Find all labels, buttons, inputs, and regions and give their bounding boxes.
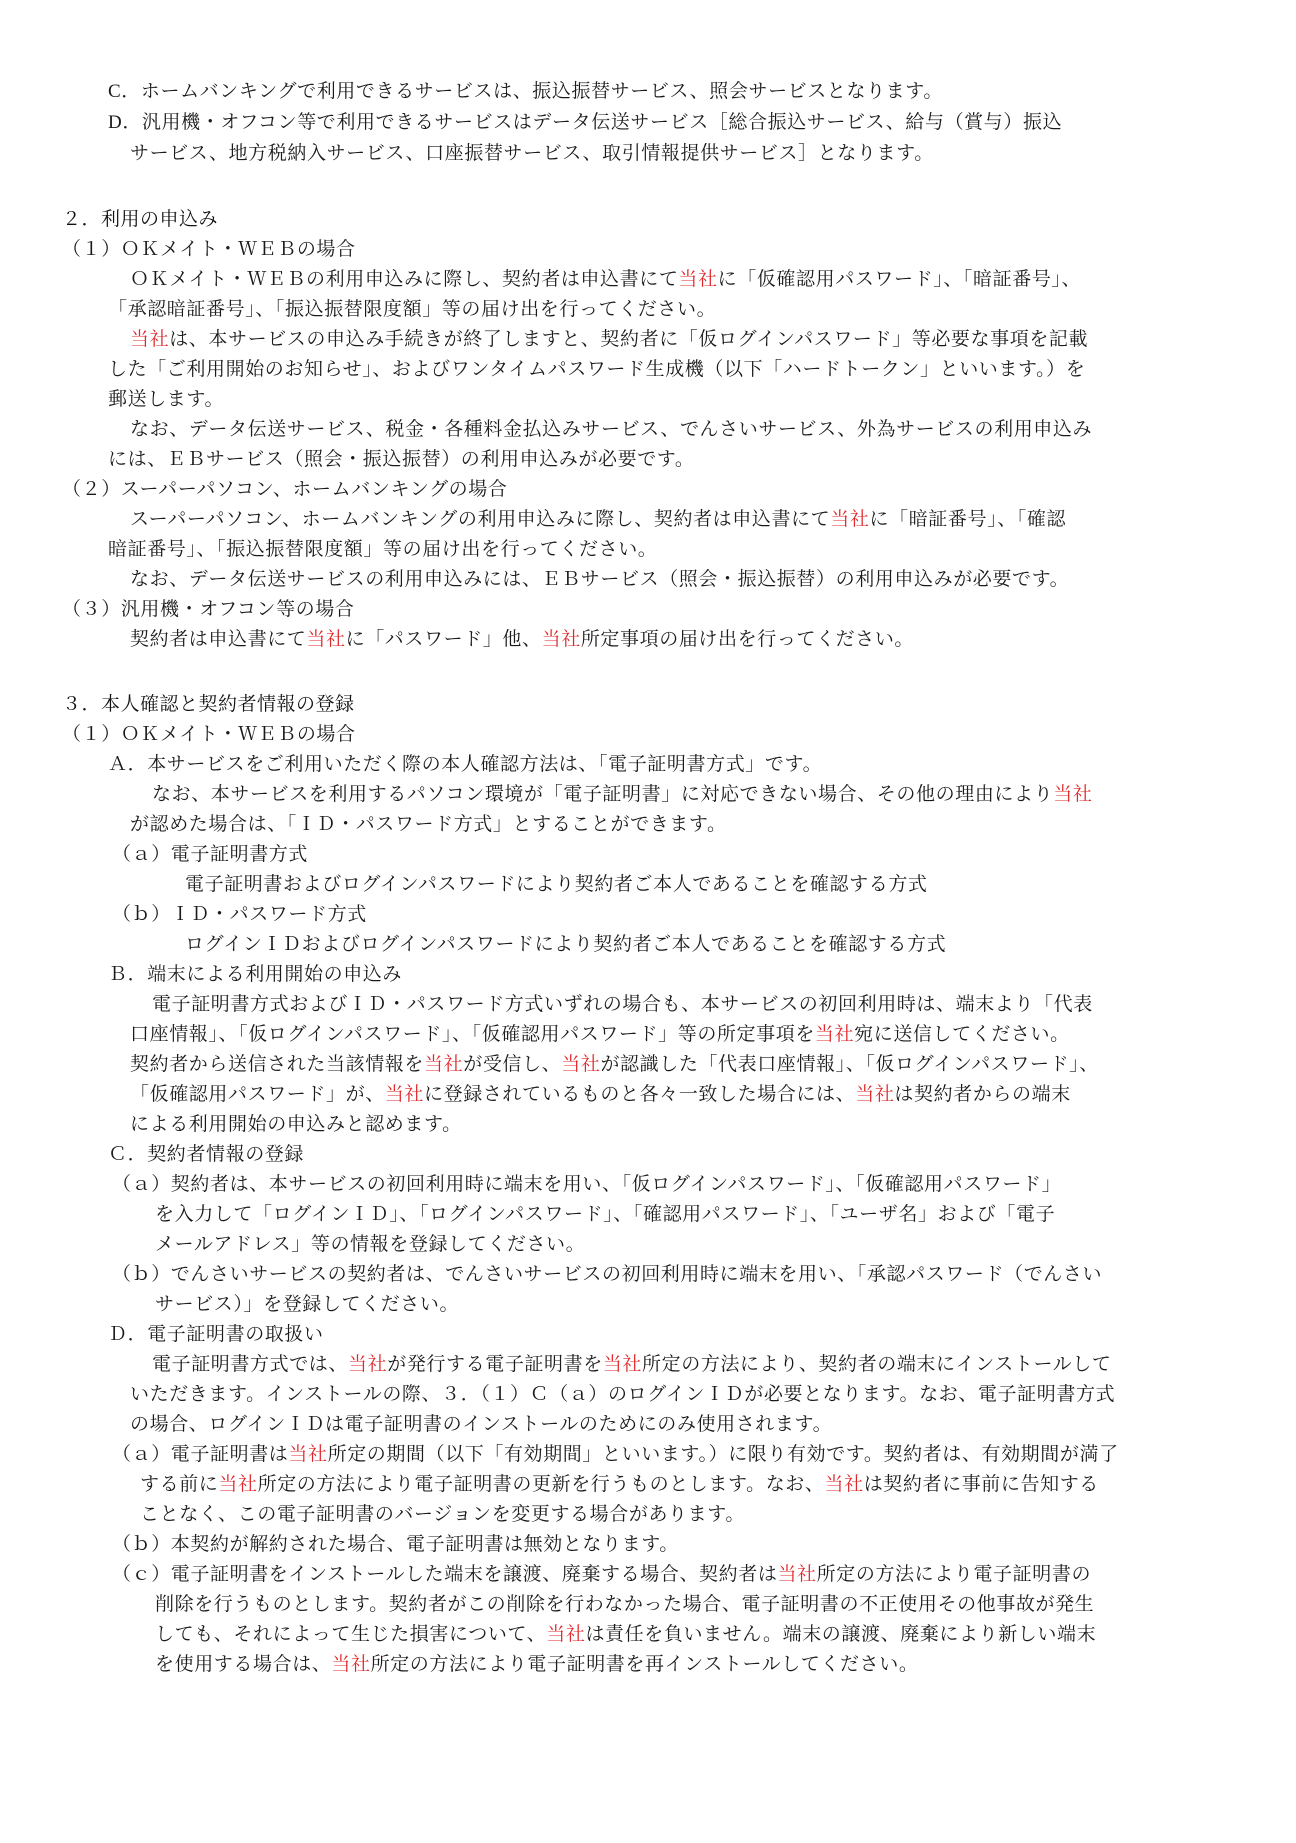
text-span: ＯＫメイト・ＷＥＢの利用申込みに際し、契約者は申込書にて [130,269,678,290]
text-span: 電子証明書方式およびＩＤ・パスワード方式いずれの場合も、本サービスの初回利用時は… [152,994,1093,1015]
text-span: Ｄ．電子証明書の取扱い [108,1324,324,1345]
text-span: は契約者からの端末 [894,1084,1070,1105]
text-line: ＯＫメイト・ＷＥＢの利用申込みに際し、契約者は申込書にて当社に「仮確認用パスワー… [130,267,1081,293]
text-line: サービス）」を登録してください。 [155,1292,459,1318]
section-heading: ２．利用の申込み [62,207,218,233]
text-line: なお、本サービスを利用するパソコン環境が「電子証明書」に対応できない場合、その他… [152,782,1092,808]
company-term-highlight: 当社 [1053,784,1092,805]
text-span: 削除を行うものとします。契約者がこの削除を行わなかった場合、電子証明書の不正使用… [155,1594,1094,1615]
text-span: Ｂ．端末による利用開始の申込み [108,964,402,985]
text-span: 宛に送信してください。 [854,1024,1070,1045]
text-span: （ａ）電子証明書方式 [112,844,308,865]
text-span: Ｃ．契約者情報の登録 [108,1144,304,1165]
company-term-highlight: 当社 [424,1054,463,1075]
text-span: サービス）」を登録してください。 [155,1294,459,1315]
text-line: スーパーパソコン、ホームバンキングの利用申込みに際し、契約者は申込書にて当社に「… [130,507,1066,533]
text-line: Ｂ．端末による利用開始の申込み [108,962,402,988]
section-heading: ３．本人確認と契約者情報の登録 [62,692,355,718]
text-line: なお、データ伝送サービス、税金・各種料金払込みサービス、でんさいサービス、外為サ… [130,417,1092,443]
text-line: ことなく、この電子証明書のバージョンを変更する場合があります。 [140,1502,745,1528]
text-line: いただきます。インストールの際、３．（１）Ｃ（ａ）のログインＩＤが必要となります… [130,1382,1115,1408]
text-line: による利用開始の申込みと認めます。 [130,1112,462,1138]
text-line: 郵送します。 [108,387,224,413]
company-term-highlight: 当社 [678,269,717,290]
text-span: （ａ）電子証明書は [112,1444,288,1465]
text-span: に「暗証番号」、「確認 [870,509,1067,530]
text-span: （ｂ）本契約が解約された場合、電子証明書は無効となります。 [112,1534,679,1555]
text-line: メールアドレス」等の情報を登録してください。 [155,1232,585,1258]
text-line: 削除を行うものとします。契約者がこの削除を行わなかった場合、電子証明書の不正使用… [155,1592,1094,1618]
text-line: する前に当社所定の方法により電子証明書の更新を行うものとします。なお、当社は契約… [140,1472,1099,1498]
text-span: 所定の期間（以下「有効期間」といいます。）に限り有効です。契約者は、有効期間が満… [328,1444,1119,1465]
text-line: （ｃ）電子証明書をインストールした端末を譲渡、廃棄する場合、契約者は当社所定の方… [112,1562,1091,1588]
text-line: （ａ）電子証明書方式 [112,842,308,868]
company-term-highlight: 当社 [603,1354,642,1375]
text-line: （ｂ）本契約が解約された場合、電子証明書は無効となります。 [112,1532,679,1558]
text-span: は、本サービスの申込み手続きが終了しますと、契約者に「仮ログインパスワード」等必… [169,329,1088,350]
company-term-highlight: 当社 [546,1624,585,1645]
text-line: の場合、ログインＩＤは電子証明書のインストールのためにのみ使用されます。 [130,1412,832,1438]
text-line: を入力して「ログインＩＤ」、「ログインパスワード」、「確認用パスワード」、「ユー… [155,1202,1055,1228]
text-span: を入力して「ログインＩＤ」、「ログインパスワード」、「確認用パスワード」、「ユー… [155,1204,1055,1225]
text-span: スーパーパソコン、ホームバンキングの利用申込みに際し、契約者は申込書にて [130,509,830,530]
text-span: C．ホームバンキングで利用できるサービスは、振込振替サービス、照会サービスとなり… [108,81,943,102]
text-line: Ｄ．電子証明書の取扱い [108,1322,324,1348]
text-span: 契約者は申込書にて [130,629,306,650]
text-line: 「承認暗証番号」、「振込振替限度額」等の届け出を行ってください。 [108,297,716,323]
text-span: には、ＥＢサービス（照会・振込振替）の利用申込みが必要です。 [108,449,694,470]
text-line: （ｂ）でんさいサービスの契約者は、でんさいサービスの初回利用時に端末を用い、「承… [112,1262,1102,1288]
text-line: 暗証番号」、「振込振替限度額」等の届け出を行ってください。 [108,537,657,563]
text-line: を使用する場合は、当社所定の方法により電子証明書を再インストールしてください。 [155,1652,918,1678]
text-span: なお、データ伝送サービス、税金・各種料金払込みサービス、でんさいサービス、外為サ… [130,419,1092,440]
text-line: （２）スーパーパソコン、ホームバンキングの場合 [62,477,507,503]
text-span: による利用開始の申込みと認めます。 [130,1114,462,1135]
text-span: 契約者から送信された当該情報を [130,1054,424,1075]
text-line: 当社は、本サービスの申込み手続きが終了しますと、契約者に「仮ログインパスワード」… [130,327,1088,353]
text-line: D．汎用機・オフコン等で利用できるサービスはデータ伝送サービス［総合振込サービス… [108,110,1062,136]
text-span: ことなく、この電子証明書のバージョンを変更する場合があります。 [140,1504,745,1525]
company-term-highlight: 当社 [777,1564,816,1585]
text-span: する前に [140,1474,218,1495]
text-span: 所定の方法により電子証明書の更新を行うものとします。なお、 [258,1474,825,1495]
text-span: ２．利用の申込み [62,209,218,230]
text-span: を使用する場合は、 [155,1654,331,1675]
text-span: が発行する電子証明書を [387,1354,603,1375]
text-span: 所定の方法により電子証明書の [817,1564,1091,1585]
text-span: 所定の方法により電子証明書を再インストールしてください。 [371,1654,919,1675]
text-line: Ａ．本サービスをご利用いただく際の本人確認方法は、「電子証明書方式」です。 [108,752,822,778]
company-term-highlight: 当社 [561,1054,600,1075]
text-span: が認めた場合は、「ＩＤ・パスワード方式」とすることができます。 [130,814,727,835]
company-term-highlight: 当社 [218,1474,257,1495]
text-span: サービス、地方税納入サービス、口座振替サービス、取引情報提供サービス］となります… [130,143,934,164]
text-line: 契約者から送信された当該情報を当社が受信し、当社が認識した「代表口座情報」、「仮… [130,1052,1099,1078]
text-line: なお、データ伝送サービスの利用申込みには、ＥＢサービス（照会・振込振替）の利用申… [130,567,1069,593]
text-span: （１）ＯＫメイト・ＷＥＢの場合 [62,239,356,260]
company-term-highlight: 当社 [306,629,345,650]
text-span: 電子証明書方式では、 [152,1354,348,1375]
text-span: （２）スーパーパソコン、ホームバンキングの場合 [62,479,507,500]
text-line: には、ＥＢサービス（照会・振込振替）の利用申込みが必要です。 [108,447,694,473]
text-span: に「仮確認用パスワード」、「暗証番号」、 [718,269,1082,290]
text-span: （ｂ）ＩＤ・パスワード方式 [112,904,367,925]
text-line: 「仮確認用パスワード」が、当社に登録されているものと各々一致した場合には、当社は… [130,1082,1071,1108]
company-term-highlight: 当社 [815,1024,854,1045]
text-line: 電子証明書方式では、当社が発行する電子証明書を当社所定の方法により、契約者の端末… [152,1352,1111,1378]
text-line: C．ホームバンキングで利用できるサービスは、振込振替サービス、照会サービスとなり… [108,79,943,105]
company-term-highlight: 当社 [348,1354,387,1375]
text-span: （ｂ）でんさいサービスの契約者は、でんさいサービスの初回利用時に端末を用い、「承… [112,1264,1102,1285]
text-span: は契約者に事前に告知する [864,1474,1099,1495]
text-span: の場合、ログインＩＤは電子証明書のインストールのためにのみ使用されます。 [130,1414,832,1435]
company-term-highlight: 当社 [385,1084,424,1105]
text-line: 電子証明書方式およびＩＤ・パスワード方式いずれの場合も、本サービスの初回利用時は… [152,992,1093,1018]
text-line: （ａ）契約者は、本サービスの初回利用時に端末を用い、「仮ログインパスワード」、「… [112,1172,1061,1198]
text-span: なお、データ伝送サービスの利用申込みには、ＥＢサービス（照会・振込振替）の利用申… [130,569,1069,590]
text-line: が認めた場合は、「ＩＤ・パスワード方式」とすることができます。 [130,812,727,838]
document-page: C．ホームバンキングで利用できるサービスは、振込振替サービス、照会サービスとなり… [0,0,1296,1843]
text-span: 電子証明書およびログインパスワードにより契約者ご本人であることを確認する方式 [185,874,928,895]
text-span: 暗証番号」、「振込振替限度額」等の届け出を行ってください。 [108,539,657,560]
company-term-highlight: 当社 [542,629,581,650]
text-span: が受信し、 [463,1054,561,1075]
text-line: （１）ＯＫメイト・ＷＥＢの場合 [62,722,356,748]
text-span: Ａ．本サービスをご利用いただく際の本人確認方法は、「電子証明書方式」です。 [108,754,822,775]
text-line: （ａ）電子証明書は当社所定の期間（以下「有効期間」といいます。）に限り有効です。… [112,1442,1119,1468]
text-span: しても、それによって生じた損害について、 [155,1624,546,1645]
text-span: （ｃ）電子証明書をインストールした端末を譲渡、廃棄する場合、契約者は [112,1564,777,1585]
text-line: 電子証明書およびログインパスワードにより契約者ご本人であることを確認する方式 [185,872,928,898]
text-line: サービス、地方税納入サービス、口座振替サービス、取引情報提供サービス］となります… [130,141,934,167]
text-span: 所定の方法により、契約者の端末にインストールして [642,1354,1111,1375]
text-span: D．汎用機・オフコン等で利用できるサービスはデータ伝送サービス［総合振込サービス… [108,112,1062,133]
text-line: ログインＩＤおよびログインパスワードにより契約者ご本人であることを確認する方式 [185,932,946,958]
text-line: Ｃ．契約者情報の登録 [108,1142,304,1168]
company-term-highlight: 当社 [855,1084,894,1105]
company-term-highlight: 当社 [830,509,869,530]
text-line: （１）ＯＫメイト・ＷＥＢの場合 [62,237,356,263]
text-span: （ａ）契約者は、本サービスの初回利用時に端末を用い、「仮ログインパスワード」、「… [112,1174,1061,1195]
company-term-highlight: 当社 [130,329,169,350]
company-term-highlight: 当社 [331,1654,370,1675]
text-span: いただきます。インストールの際、３．（１）Ｃ（ａ）のログインＩＤが必要となります… [130,1384,1115,1405]
text-span: は責任を負いません。端末の譲渡、廃棄により新しい端末 [585,1624,1096,1645]
text-line: （ｂ）ＩＤ・パスワード方式 [112,902,367,928]
company-term-highlight: 当社 [288,1444,327,1465]
text-line: した「ご利用開始のお知らせ」、およびワンタイムパスワード生成機（以下「ハードトー… [108,357,1085,383]
text-span: メールアドレス」等の情報を登録してください。 [155,1234,585,1255]
text-span: に「パスワード」他、 [346,629,542,650]
text-span: ３．本人確認と契約者情報の登録 [62,694,355,715]
text-line: （３）汎用機・オフコン等の場合 [62,597,354,623]
text-span: に登録されているものと各々一致した場合には、 [424,1084,855,1105]
text-span: 「承認暗証番号」、「振込振替限度額」等の届け出を行ってください。 [108,299,716,320]
text-span: 所定事項の届け出を行ってください。 [581,629,914,650]
text-span: が認識した「代表口座情報」、「仮ログインパスワード」、 [600,1054,1098,1075]
text-span: 口座情報」、「仮ログインパスワード」、「仮確認用パスワード」等の所定事項を [130,1024,815,1045]
text-span: 郵送します。 [108,389,224,410]
company-term-highlight: 当社 [825,1474,864,1495]
text-line: しても、それによって生じた損害について、当社は責任を負いません。端末の譲渡、廃棄… [155,1622,1096,1648]
text-span: （１）ＯＫメイト・ＷＥＢの場合 [62,724,356,745]
text-span: ログインＩＤおよびログインパスワードにより契約者ご本人であることを確認する方式 [185,934,946,955]
text-span: なお、本サービスを利用するパソコン環境が「電子証明書」に対応できない場合、その他… [152,784,1053,805]
text-line: 口座情報」、「仮ログインパスワード」、「仮確認用パスワード」等の所定事項を当社宛… [130,1022,1070,1048]
text-line: 契約者は申込書にて当社に「パスワード」他、当社所定事項の届け出を行ってください。 [130,627,914,653]
text-span: した「ご利用開始のお知らせ」、およびワンタイムパスワード生成機（以下「ハードトー… [108,359,1085,380]
text-span: （３）汎用機・オフコン等の場合 [62,599,354,620]
text-span: 「仮確認用パスワード」が、 [130,1084,385,1105]
